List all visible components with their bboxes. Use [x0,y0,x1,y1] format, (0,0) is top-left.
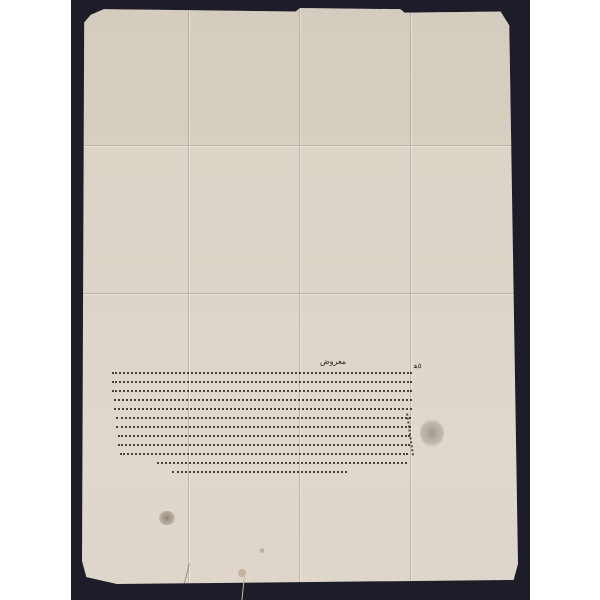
text-line [157,460,407,464]
text-line [118,433,410,437]
text-line [116,424,411,428]
text-line [112,370,412,374]
text-line [112,379,412,383]
horizontal-fold-2 [82,293,518,294]
document-paper: معروض ٥ﻫ [82,8,518,584]
vertical-fold-2 [299,8,300,584]
heading-marker: ٥ﻫ [414,362,421,370]
upper-panel-shade [82,8,518,145]
faint-seal [420,418,444,448]
text-line [172,469,347,473]
text-line [116,415,411,419]
text-line [118,442,410,446]
text-line [112,388,412,392]
horizontal-fold-1 [82,145,518,146]
text-line [120,451,408,455]
vertical-fold-1 [188,8,189,584]
handwritten-text-block: معروض ٥ﻫ [112,358,417,476]
text-line [114,406,412,410]
text-line [114,397,412,401]
small-seal [158,511,176,525]
vertical-fold-3 [410,8,411,584]
stain [260,548,264,553]
document-heading: معروض [320,357,346,366]
